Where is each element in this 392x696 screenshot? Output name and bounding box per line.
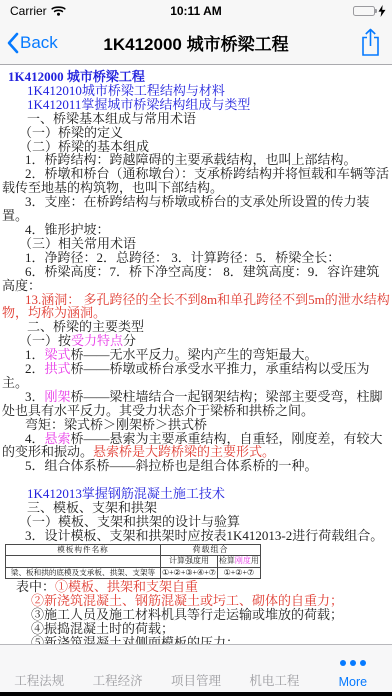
table-header-cell (6, 556, 161, 568)
text-segment: 三、模板、支架和拱架 (27, 500, 157, 515)
text-segment: 梁式 (45, 347, 71, 362)
text-segment: 用 (251, 556, 259, 565)
back-button[interactable]: Back (6, 32, 58, 54)
content-line: 二、桥梁的主要类型 (2, 320, 390, 334)
content-line: 表中：①模板、拱架和支架自重 (2, 580, 390, 594)
tab-label: 机电工程 (249, 671, 299, 689)
content-line: 1K412013掌握钢筋混凝土施工技术 (2, 487, 390, 501)
app-window: Carrier 10:11 AM 1K412000 城市桥梁工程 (0, 0, 392, 696)
content-line: ③施工人员及施工材料机具等行走运输或堆放的荷载； (2, 608, 390, 622)
more-dots-icon (340, 660, 366, 666)
text-segment: （一）按 (19, 333, 71, 348)
text-segment: 1．桥跨结构：跨越障碍的主要承载结构，也叫上部结构。 (25, 152, 357, 167)
table-header-cell: 计算强度用 (161, 556, 218, 568)
text-segment: 检算 (219, 556, 235, 565)
content-line: 13.涵洞： 多孔跨径的全长不到8m和单孔跨径不到5m的泄水结构物，均称为涵洞。 (2, 293, 390, 321)
tab-item-more[interactable]: More (314, 645, 392, 692)
tab-item-economics[interactable]: 工程经济 (78, 645, 156, 692)
text-segment: （一）桥梁的定义 (19, 125, 123, 140)
text-segment: 刚架 (45, 389, 71, 404)
text-segment: （三）相关常用术语 (19, 236, 136, 251)
content-line: ⑤新浇筑混凝土对侧面模板的压力； (2, 636, 390, 644)
text-segment: 悬索 (45, 431, 71, 446)
content-line: （二）桥梁的基本组成 (2, 140, 390, 154)
text-segment: 受力特点 (71, 333, 123, 348)
text-segment: 3．设计模板、支架和拱架时应按表1K412013-2进行荷载组合。 (25, 528, 383, 543)
text-segment: ②新浇筑混凝土、钢筋混凝土或圬工、砌体的自重力； (31, 593, 343, 608)
bottom-edge (0, 692, 392, 696)
text-segment: 2．桥墩和桥台（通称墩台）：支承桥跨结构并将恒载和车辆等活载传至地基的构筑物，也… (2, 166, 389, 195)
content-line: ②新浇筑混凝土、钢筋混凝土或圬工、砌体的自重力； (2, 594, 390, 608)
text-segment: （一）模板、支架和拱架的设计与验算 (19, 514, 240, 529)
text-segment: 3． (25, 389, 45, 404)
tab-item-regulations[interactable]: 工程法规 (0, 645, 78, 692)
text-segment: 4．锥形护坡： (25, 222, 110, 237)
text-segment: 1K412013掌握钢筋混凝土施工技术 (27, 486, 225, 501)
text-segment: 桥——无水平反力。梁内产生的弯矩最大。 (71, 347, 318, 362)
text-segment: 1K412000 城市桥梁工程 (8, 69, 145, 84)
text-segment: 1K412011掌握城市桥梁结构组成与类型 (27, 97, 250, 112)
text-segment: 刚度 (235, 556, 251, 565)
text-segment: 悬索桥是大跨桥梁的主要形式。 (93, 444, 275, 459)
content-line: 三、模板、支架和拱架 (2, 501, 390, 515)
text-segment: 2． (25, 361, 45, 376)
text-segment: ①模板、拱架和支架自重 (55, 579, 198, 594)
charging-bolt-icon (378, 5, 386, 17)
text-segment: 一、桥梁基本组成与常用术语 (27, 111, 196, 126)
content-line: （一）模板、支架和拱架的设计与验算 (2, 515, 390, 529)
tab-label: More (339, 675, 367, 689)
text-segment: （二）桥梁的基本组成 (19, 139, 149, 154)
content-line: 6．桥梁高度：7．桥下净空高度： 8．建筑高度：9．容许建筑高度： (2, 265, 390, 293)
share-export-icon (359, 28, 382, 57)
load-combination-table: 模板构件名称荷载组合计算强度用检算刚度用梁、板和拱的底模及支承板、拱架、支架等①… (5, 544, 261, 580)
text-segment: ⑤新浇筑混凝土对侧面模板的压力； (31, 635, 239, 644)
content-line: 1K412010城市桥梁工程结构与材料 (2, 84, 390, 98)
content-line: 3．设计模板、支架和拱架时应按表1K412013-2进行荷载组合。 (2, 529, 390, 543)
text-segment: 表中： (16, 579, 55, 594)
text-segment: 1． (25, 347, 45, 362)
share-button[interactable] (359, 28, 382, 57)
content-line: 2．拱式桥——桥墩或桥台承受水平推力，承重结构以受压为主。 (2, 362, 390, 390)
table-header-cell: 荷载组合 (161, 544, 261, 556)
battery-icon (353, 6, 375, 16)
table-cell: ①+②+③+④+⑦ (161, 567, 218, 579)
nav-bar: 1K412000 城市桥梁工程 Back (0, 21, 392, 65)
content-line: 1．梁式桥——无水平反力。梁内产生的弯矩最大。 (2, 348, 390, 362)
tab-label: 工程法规 (14, 671, 64, 689)
text-segment: 3．支座：在桥跨结构与桥墩或桥台的支承处所设置的传力装置。 (2, 194, 370, 223)
text-segment: ④振捣混凝土时的荷载； (31, 621, 174, 636)
table-cell: ①+②+⑦ (217, 567, 260, 579)
text-segment: 1K412010城市桥梁工程结构与材料 (27, 83, 225, 98)
text-segment: 分 (123, 333, 136, 348)
content-line: （三）相关常用术语 (2, 237, 390, 251)
content-line: 1K412000 城市桥梁工程 (2, 70, 390, 84)
text-segment: 二、桥梁的主要类型 (27, 319, 144, 334)
text-segment: ③施工人员及施工材料机具等行走运输或堆放的荷载； (31, 607, 343, 622)
text-segment: 5．组合体系桥——斜拉桥也是组合体系桥的一种。 (25, 458, 318, 473)
page-title: 1K412000 城市桥梁工程 (0, 30, 392, 55)
table-cell: 梁、板和拱的底模及支承板、拱架、支架等 (6, 567, 161, 579)
content-line: 3．刚架桥——梁柱墙结合一起钢架结构；梁部主要受弯，柱脚处也具有水平反力。其受力… (2, 390, 390, 418)
content-line: 1．净跨径：2．总跨径： 3．计算跨径：5．桥梁全长： (2, 251, 390, 265)
content-line: 4．锥形护坡： (2, 223, 390, 237)
status-bar: Carrier 10:11 AM (0, 0, 392, 21)
content-line: 3．支座：在桥跨结构与桥墩或桥台的支承处所设置的传力装置。 (2, 195, 390, 223)
table-header-cell: 模板构件名称 (6, 544, 161, 556)
tab-item-mechanical-electrical[interactable]: 机电工程 (235, 645, 313, 692)
text-segment: 拱式 (45, 361, 71, 376)
blank-line (2, 473, 390, 487)
content-line: 2．桥墩和桥台（通称墩台）：支承桥跨结构并将恒载和车辆等活载传至地基的构筑物，也… (2, 167, 390, 195)
status-time: 10:11 AM (0, 4, 392, 18)
text-segment: 13.涵洞： 多孔跨径的全长不到8m和单孔跨径不到5m的泄水结构物，均称为涵洞。 (2, 292, 390, 321)
chevron-left-icon (6, 32, 19, 54)
content-line: 1K412011掌握城市桥梁结构组成与类型 (2, 98, 390, 112)
table-header-cell: 检算刚度用 (217, 556, 260, 568)
tab-item-project-management[interactable]: 项目管理 (157, 645, 235, 692)
text-segment: 弯矩：梁式桥＞刚架桥＞拱式桥 (25, 417, 207, 432)
tab-label: 工程经济 (93, 671, 143, 689)
text-segment: 1．净跨径：2．总跨径： 3．计算跨径：5．桥梁全长： (25, 250, 340, 265)
content-line: 1．桥跨结构：跨越障碍的主要承载结构，也叫上部结构。 (2, 153, 390, 167)
tab-bar: 工程法规 工程经济 项目管理 机电工程 More (0, 644, 392, 692)
content-line: （一）按受力特点分 (2, 334, 390, 348)
content-line: （一）桥梁的定义 (2, 126, 390, 140)
text-segment: 4． (25, 431, 45, 446)
content-line: 一、桥梁基本组成与常用术语 (2, 112, 390, 126)
content-scroll[interactable]: 1K412000 城市桥梁工程1K412010城市桥梁工程结构与材料1K4120… (0, 65, 392, 644)
content-line: ④振捣混凝土时的荷载； (2, 622, 390, 636)
content-line: 4．悬索桥——悬索为主要承重结构，自重轻，刚度差，有较大的变形和振动。悬索桥是大… (2, 432, 390, 460)
content-line: 5．组合体系桥——斜拉桥也是组合体系桥的一种。 (2, 459, 390, 473)
tab-label: 项目管理 (171, 671, 221, 689)
back-label: Back (20, 33, 58, 53)
text-segment: 6．桥梁高度：7．桥下净空高度： 8．建筑高度：9．容许建筑高度： (2, 264, 379, 293)
document-body: 1K412000 城市桥梁工程1K412010城市桥梁工程结构与材料1K4120… (0, 65, 392, 644)
content-line: 弯矩：梁式桥＞刚架桥＞拱式桥 (2, 418, 390, 432)
